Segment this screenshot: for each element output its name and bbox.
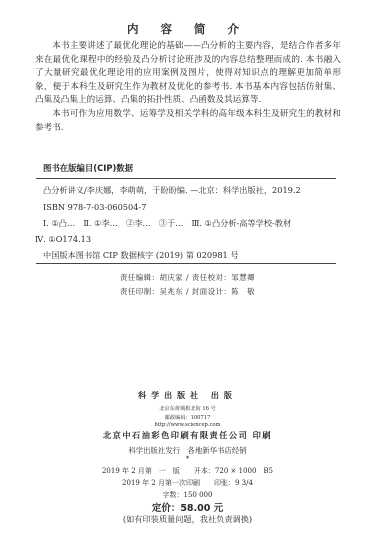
cip-line-record-number: 中国版本图书馆 CIP 数据核字 (2019) 第 020981 号 <box>43 250 239 261</box>
page-title: 内 容 简 介 <box>0 21 375 37</box>
printing-line: 2019 年 2 月第一次印刷 印张：9 3/4 <box>0 478 375 488</box>
summary-paragraph-1: 本书主要讲述了最优化理论的基础——凸分析的主要内容，是结合作者多年来在最优化课程… <box>35 40 341 108</box>
credits-production: 责任印制：吴兆东 / 封面设计：陈 敬 <box>0 286 375 297</box>
summary-paragraph-2: 本书可作为应用数学、运筹学及相关学科的高年级本科生及研究生的教材和参考书. <box>35 108 341 135</box>
publisher-postcode: 邮政编码：100717 <box>0 414 375 421</box>
publisher-name: 科学出版社 出版 <box>0 390 375 401</box>
cip-bottom-rule <box>36 263 336 264</box>
publisher-website: http://www.sciencep.com <box>0 422 375 428</box>
summary-section: 本书主要讲述了最优化理论的基础——凸分析的主要内容，是结合作者多年来在最优化课程… <box>35 40 341 135</box>
word-count: 字数：150 000 <box>0 490 375 500</box>
credits-editors: 责任编辑：胡庆家 / 责任校对：邹慧卿 <box>0 272 375 283</box>
cip-top-rule <box>36 178 336 179</box>
cip-line-title: 凸分析讲义/李庆娜，李萌萌，于盼盼编. —北京：科学出版社，2019.2 <box>43 185 301 196</box>
cip-line-isbn: ISBN 978-7-03-060504-7 <box>43 202 146 212</box>
separator-asterisk: * <box>0 455 375 463</box>
cip-heading: 图书在版编目(CIP)数据 <box>43 162 133 174</box>
printer-name: 北京中石油彩色印刷有限责任公司 印刷 <box>0 430 375 441</box>
price: 定价：58.00 元 <box>0 500 375 514</box>
cip-line-classification: Ⅰ. ①凸… Ⅱ. ①李… ②李… ③于… Ⅲ. ①凸分析-高等学校-教材 <box>43 218 291 229</box>
edition-line: 2019 年 2 月第 一 版 开本：720 × 1000 B5 <box>0 466 375 476</box>
quality-notice: (如有印装质量问题，我社负责调换) <box>0 514 375 525</box>
publisher-address: 北京东黄城根北街 16 号 <box>0 405 375 412</box>
cip-line-clc: Ⅳ. ①O174.13 <box>35 234 91 244</box>
